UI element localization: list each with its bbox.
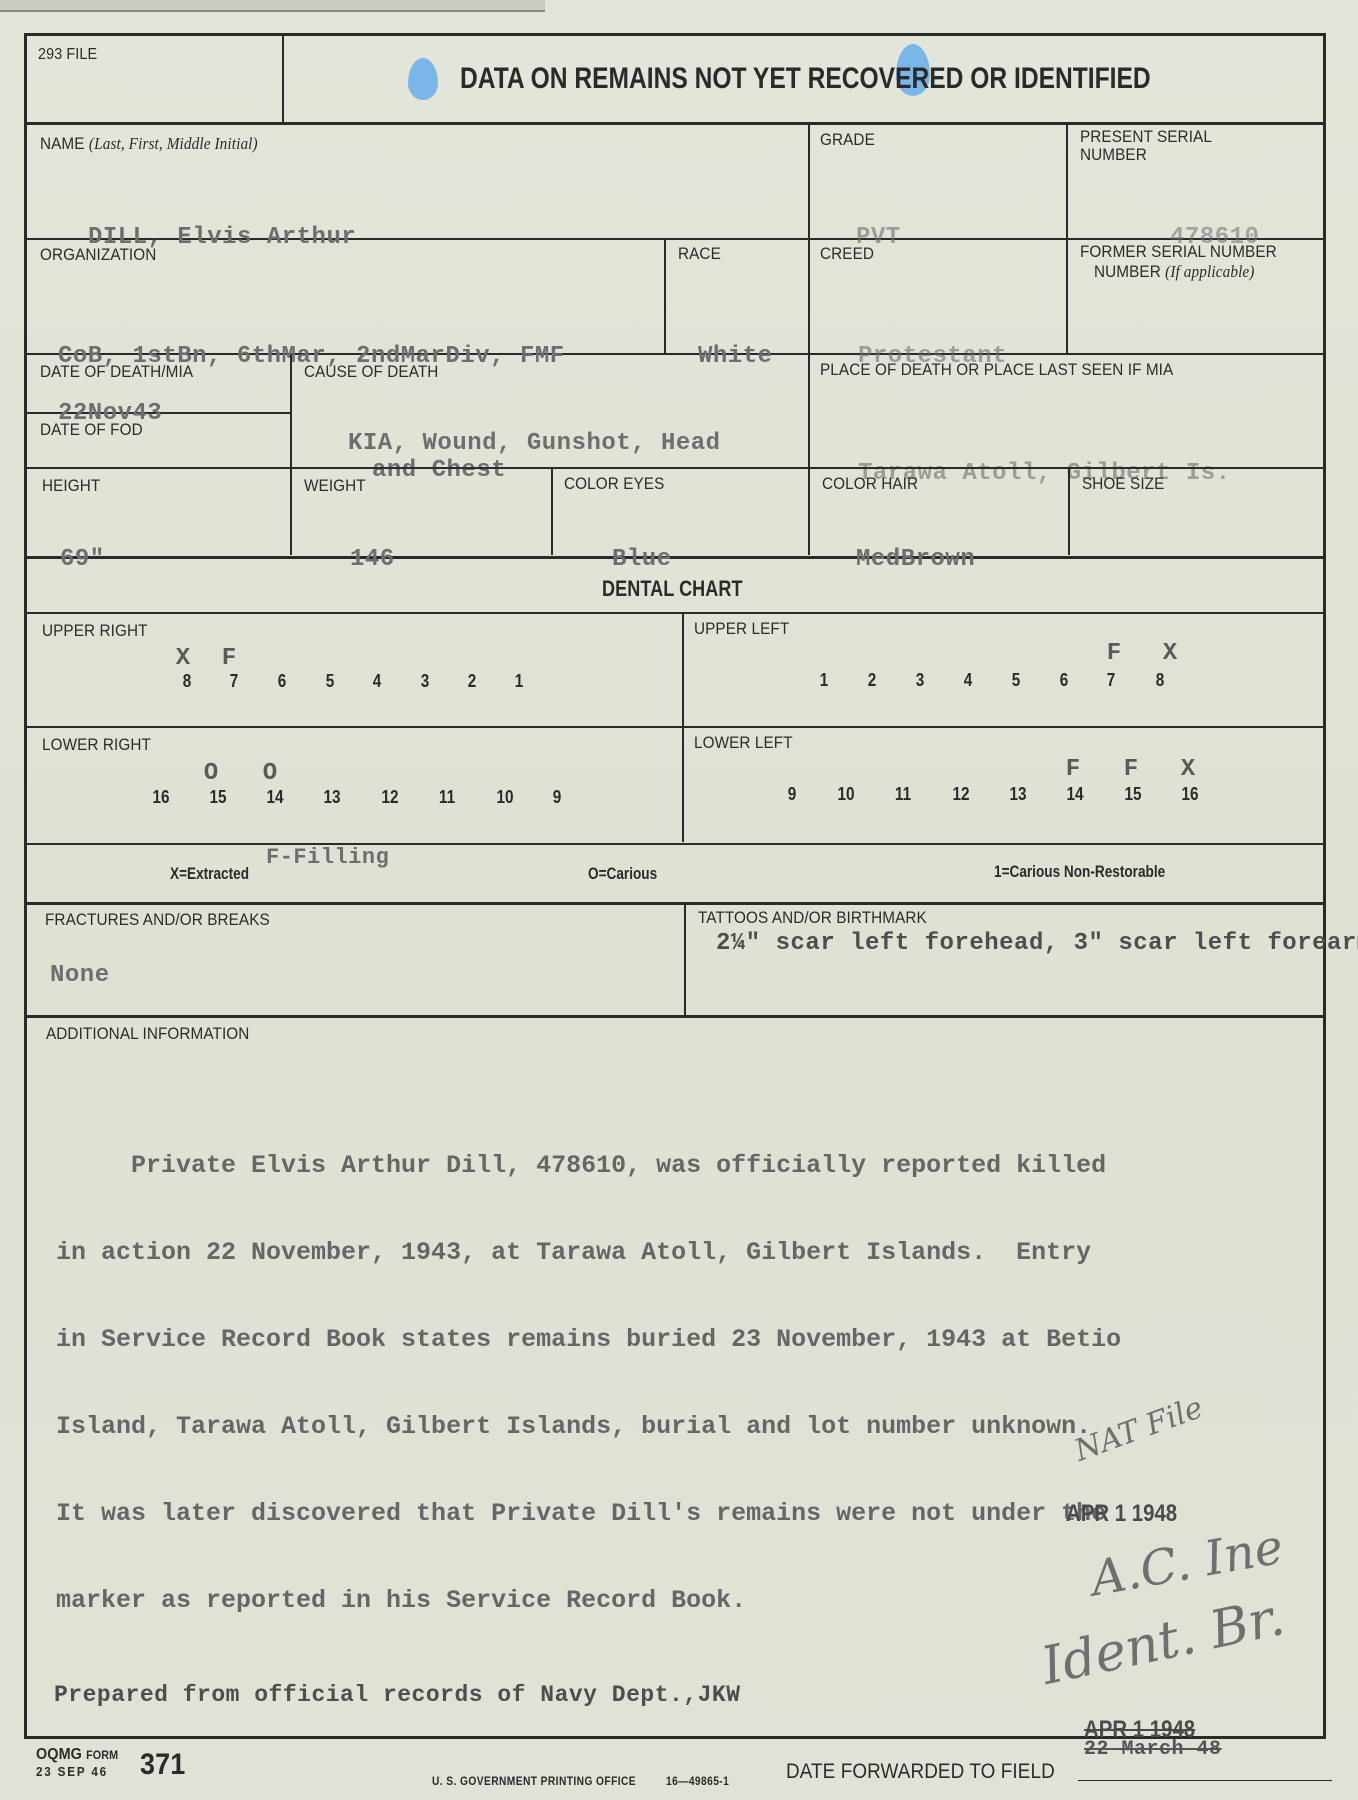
legend-extracted: X=Extracted bbox=[170, 864, 249, 884]
place-of-death-label: PLACE OF DEATH OR PLACE LAST SEEN IF MIA bbox=[820, 360, 1173, 380]
tooth-ll-13[interactable]: 13 bbox=[1005, 784, 1031, 805]
tooth-ll-9[interactable]: 9 bbox=[779, 784, 805, 805]
tooth-ll-10[interactable]: 10 bbox=[833, 784, 859, 805]
organization-label: ORGANIZATION bbox=[40, 245, 156, 265]
tooth-mark-ul-7: F bbox=[1099, 640, 1129, 667]
shoe-size-label: SHOE SIZE bbox=[1082, 474, 1164, 494]
divider bbox=[682, 614, 684, 842]
document-page: 293 FILE DATA ON REMAINS NOT YET RECOVER… bbox=[0, 0, 1358, 1800]
printing-office: U. S. GOVERNMENT PRINTING OFFICE bbox=[432, 1774, 636, 1788]
present-serial-label: PRESENT SERIAL NUMBER bbox=[1080, 128, 1260, 164]
upper-right-label: UPPER RIGHT bbox=[42, 621, 148, 641]
additional-info-label: ADDITIONAL INFORMATION bbox=[46, 1024, 249, 1044]
tooth-mark-ul-8: X bbox=[1155, 640, 1185, 667]
weight-label: WEIGHT bbox=[304, 476, 366, 496]
divider bbox=[27, 122, 1323, 125]
tooth-ul-2[interactable]: 2 bbox=[859, 670, 885, 691]
grade-label: GRADE bbox=[820, 130, 875, 150]
cause-of-death-label: CAUSE OF DEATH bbox=[304, 362, 438, 382]
tooth-lr-9[interactable]: 9 bbox=[544, 787, 570, 808]
color-eyes-value[interactable]: Blue bbox=[612, 546, 672, 573]
form-number: 371 bbox=[140, 1748, 185, 1782]
tooth-ur-5[interactable]: 5 bbox=[317, 671, 343, 692]
date-forwarded-line bbox=[1078, 1780, 1332, 1781]
divider bbox=[27, 902, 1323, 905]
tooth-mark-ll-16: X bbox=[1173, 756, 1203, 783]
color-hair-label: COLOR HAIR bbox=[822, 474, 918, 494]
divider bbox=[551, 469, 553, 555]
tooth-mark-lr-14: O bbox=[255, 760, 285, 787]
lower-left-label: LOWER LEFT bbox=[694, 733, 793, 753]
additional-info-line: in Service Record Book states remains bu… bbox=[56, 1325, 1316, 1354]
divider bbox=[27, 556, 1323, 559]
form-org: OQMG FORM bbox=[36, 1746, 118, 1764]
tooth-ur-4[interactable]: 4 bbox=[364, 671, 390, 692]
former-serial-label: FORMER SERIAL NUMBER bbox=[1080, 242, 1277, 262]
form-date: 23 SEP 46 bbox=[36, 1764, 108, 1779]
tooth-ur-3[interactable]: 3 bbox=[412, 671, 438, 692]
tooth-ur-7[interactable]: 7 bbox=[221, 671, 247, 692]
creed-label: CREED bbox=[820, 244, 874, 264]
dental-chart-title: DENTAL CHART bbox=[602, 576, 743, 602]
date-forwarded-struck: 22 March 48 bbox=[1084, 1738, 1222, 1761]
date-of-death-label: DATE OF DEATH/MIA bbox=[40, 362, 193, 382]
received-date-stamp: APR 1 1948 bbox=[1066, 1500, 1177, 1528]
height-label: HEIGHT bbox=[42, 476, 100, 496]
date-forwarded-label: DATE FORWARDED TO FIELD bbox=[786, 1760, 1055, 1784]
tooth-lr-10[interactable]: 10 bbox=[492, 787, 518, 808]
tooth-mark-ll-15: F bbox=[1116, 756, 1146, 783]
tooth-ul-6[interactable]: 6 bbox=[1051, 670, 1077, 691]
attached-paper-edge bbox=[0, 0, 545, 12]
tooth-lr-12[interactable]: 12 bbox=[377, 787, 403, 808]
tooth-lr-13[interactable]: 13 bbox=[319, 787, 345, 808]
tooth-ul-5[interactable]: 5 bbox=[1003, 670, 1029, 691]
tooth-ll-14[interactable]: 14 bbox=[1062, 784, 1088, 805]
tooth-ul-1[interactable]: 1 bbox=[811, 670, 837, 691]
upper-left-label: UPPER LEFT bbox=[694, 619, 789, 639]
weight-value[interactable]: 146 bbox=[350, 546, 395, 573]
prepared-from-note: Prepared from official records of Navy D… bbox=[54, 1682, 741, 1708]
tooth-lr-16[interactable]: 16 bbox=[148, 787, 174, 808]
tooth-mark-ur-7: F bbox=[214, 645, 244, 672]
tattoos-value[interactable]: 2¼" scar left forehead, 3" scar left for… bbox=[716, 930, 1358, 957]
date-of-fod-label: DATE OF FOD bbox=[40, 420, 143, 440]
divider bbox=[808, 124, 810, 238]
tooth-ul-8[interactable]: 8 bbox=[1147, 670, 1173, 691]
lower-right-label: LOWER RIGHT bbox=[42, 735, 151, 755]
divider bbox=[290, 469, 292, 555]
tooth-ur-6[interactable]: 6 bbox=[269, 671, 295, 692]
tattoos-label: TATTOOS AND/OR BIRTHMARK bbox=[698, 908, 927, 928]
former-serial-hint: NUMBER (If applicable) bbox=[1094, 262, 1254, 282]
tooth-ul-7[interactable]: 7 bbox=[1098, 670, 1124, 691]
tooth-ll-15[interactable]: 15 bbox=[1120, 784, 1146, 805]
cause-of-death-value-line1[interactable]: KIA, Wound, Gunshot, Head bbox=[348, 430, 721, 457]
tooth-ur-8[interactable]: 8 bbox=[174, 671, 200, 692]
tooth-ur-2[interactable]: 2 bbox=[459, 671, 485, 692]
color-hair-value[interactable]: MedBrown bbox=[856, 546, 975, 573]
tooth-mark-ur-8: X bbox=[168, 645, 198, 672]
legend-non-restorable: 1=Carious Non-Restorable bbox=[994, 862, 1165, 882]
divider bbox=[27, 726, 1323, 728]
divider bbox=[27, 843, 1323, 845]
tooth-lr-14[interactable]: 14 bbox=[262, 787, 288, 808]
file-label: 293 FILE bbox=[38, 46, 97, 64]
divider bbox=[27, 612, 1323, 614]
name-label: NAME (Last, First, Middle Initial) bbox=[40, 134, 258, 154]
divider bbox=[27, 1015, 1323, 1018]
legend-filling: F-Filling bbox=[266, 845, 389, 870]
form-title: DATA ON REMAINS NOT YET RECOVERED OR IDE… bbox=[460, 62, 1151, 96]
tooth-ll-12[interactable]: 12 bbox=[948, 784, 974, 805]
divider bbox=[1068, 469, 1070, 555]
divider bbox=[282, 36, 284, 124]
additional-info-line: in action 22 November, 1943, at Tarawa A… bbox=[56, 1238, 1316, 1267]
additional-info-line: Private Elvis Arthur Dill, 478610, was o… bbox=[56, 1151, 1316, 1180]
cause-of-death-value-line2[interactable]: and Chest bbox=[372, 457, 506, 484]
tooth-ll-11[interactable]: 11 bbox=[890, 784, 916, 805]
legend-carious: O=Carious bbox=[588, 864, 657, 884]
tooth-ll-16[interactable]: 16 bbox=[1177, 784, 1203, 805]
fractures-label: FRACTURES AND/OR BREAKS bbox=[45, 910, 270, 930]
tooth-ul-4[interactable]: 4 bbox=[955, 670, 981, 691]
tooth-lr-11[interactable]: 11 bbox=[434, 787, 460, 808]
color-eyes-label: COLOR EYES bbox=[564, 474, 664, 494]
divider bbox=[808, 240, 810, 354]
tooth-lr-15[interactable]: 15 bbox=[205, 787, 231, 808]
tooth-mark-ll-14: F bbox=[1058, 756, 1088, 783]
height-value[interactable]: 69" bbox=[60, 546, 105, 573]
tooth-ur-1[interactable]: 1 bbox=[506, 671, 532, 692]
race-value[interactable]: White bbox=[698, 343, 773, 370]
divider bbox=[684, 905, 686, 1015]
tooth-mark-lr-15: O bbox=[196, 760, 226, 787]
fractures-value[interactable]: None bbox=[50, 962, 110, 989]
print-code: 16—49865-1 bbox=[666, 1774, 729, 1788]
tooth-ul-3[interactable]: 3 bbox=[907, 670, 933, 691]
race-label: RACE bbox=[678, 244, 721, 264]
divider bbox=[27, 467, 1323, 469]
divider bbox=[664, 240, 666, 354]
divider bbox=[808, 355, 810, 555]
blue-ink-blot bbox=[408, 58, 438, 100]
